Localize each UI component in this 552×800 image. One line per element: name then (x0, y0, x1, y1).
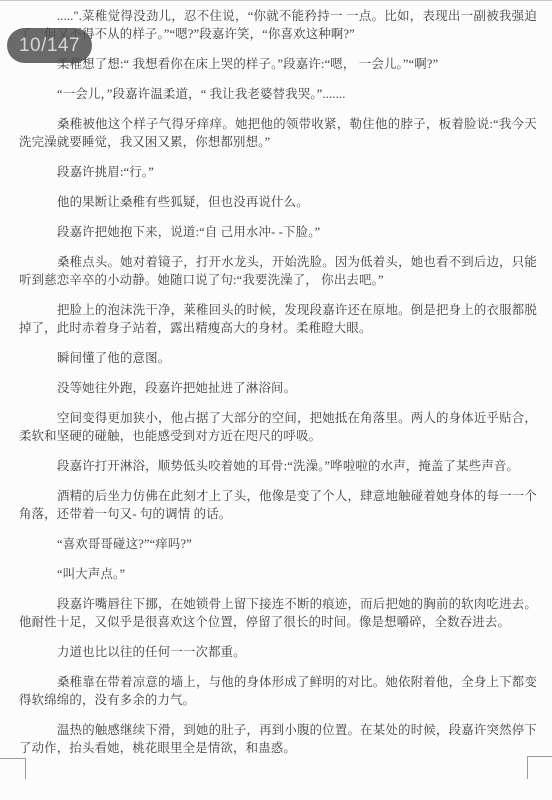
page-text: .....".菜稚觉得没劲儿，忍不住说，“你就不能矜持一 一点。比如，表现出一副… (19, 7, 537, 769)
paragraph: 桑稚靠在带着凉意的墙上，与他的身体形成了鲜明的对比。她依附着他，全身上下都变得软… (19, 673, 537, 709)
page-corner-mark-right (527, 756, 552, 779)
paragraph: “喜欢哥哥碰这?”“痒吗?” (19, 535, 537, 553)
paragraph: 瞬间懂了他的意图。 (19, 349, 537, 367)
paragraph: 段嘉许把她抱下来，说道:“自 己用水冲- -下脸。” (19, 223, 537, 241)
paragraph: “叫大声点。” (19, 565, 537, 583)
paragraph: “一会儿，”段嘉许温柔道，“ 我让我老婆替我哭。”....... (19, 85, 537, 103)
paragraph: 段嘉许挑眉:“行。” (19, 163, 537, 181)
reader-screen[interactable]: .....".菜稚觉得没劲儿，忍不住说，“你就不能矜持一 一点。比如，表现出一副… (0, 0, 552, 800)
page-corner-mark-left (0, 758, 26, 779)
paragraph: 段嘉许打开淋浴，顺势低头咬着她的耳骨:“洗澡。”哗啦啦的水声，掩盖了某些声音。 (19, 457, 537, 475)
paragraph: 温热的触感继续下滑，到她的肚子，再到小腹的位置。在某处的时候，段嘉许突然停下了动… (19, 721, 537, 757)
paragraph: 桑稚点头。她对着镜子，打开水龙头，开始洗脸。因为低着头，她也看不到后边，只能听到… (19, 253, 537, 289)
paragraph: 段嘉许嘴唇往下挪，在她锁骨上留下接连不断的痕迹，而后把她的胸前的软肉吃进去。他耐… (19, 595, 537, 631)
paragraph: 他的果断让桑稚有些狐疑，但也没再说什么。 (19, 193, 537, 211)
paragraph: .....".菜稚觉得没劲儿，忍不住说，“你就不能矜持一 一点。比如，表现出一副… (19, 7, 537, 43)
page-number-badge: 10/147 (7, 28, 92, 63)
paragraph: 空间变得更加狭小，他占据了大部分的空间，把她抵在角落里。两人的身体近乎贴合，柔软… (19, 409, 537, 445)
paragraph: 桑稚被他这个样子气得牙痒痒。她把他的领带收紧，勒住他的脖子，板着脸说:“我今天洗… (19, 115, 537, 151)
paragraph: 力道也比以往的任何一一次都重。 (19, 643, 537, 661)
paragraph: 酒精的后坐力仿佛在此刻才上了头，他像是变了个人，肆意地触碰着她身体的每一一个角落… (19, 487, 537, 523)
paragraph: 柔稚想了想:“ 我想看你在床上哭的样子。”段嘉许:“嗯， 一会儿。”“啊?” (19, 55, 537, 73)
paragraph: 没等她往外跑，段嘉许把她扯进了淋浴间。 (19, 379, 537, 397)
paragraph: 把脸上的泡沫洗干净，莱稚回头的时候，发现段嘉许还在原地。倒是把身上的衣服都脱掉了… (19, 301, 537, 337)
